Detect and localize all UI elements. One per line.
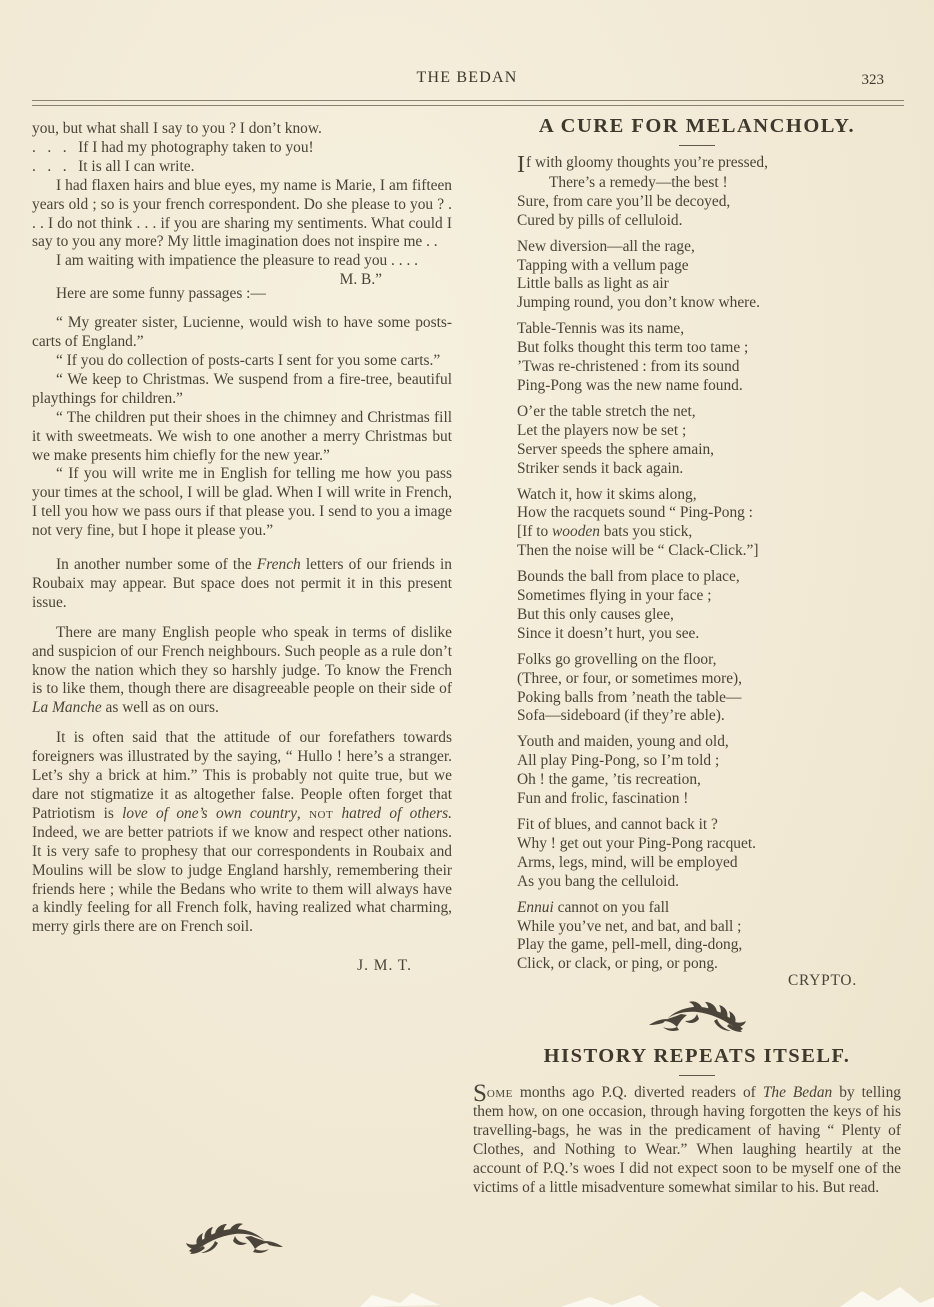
poem-line: Little balls as light as air — [517, 275, 897, 294]
page-edge-tear — [0, 1267, 934, 1307]
title-rule — [679, 1075, 715, 1076]
quote-list: “ My greater sister, Lucienne, would wis… — [32, 314, 452, 541]
poem-line: Since it doesn’t hurt, you see. — [517, 625, 897, 644]
text: cannot on you fall — [554, 899, 669, 916]
stanza: If with gloomy thoughts you’re pressed, … — [517, 154, 897, 231]
text: as well as on ours. — [102, 699, 219, 716]
paragraph-french-letters: In another number some of the French let… — [32, 556, 452, 613]
quote-item: “ If you will write me in English for te… — [32, 465, 452, 541]
running-header: THE BEDAN 323 — [0, 69, 934, 91]
text: , — [297, 805, 309, 822]
poem-line: Sometimes flying in your face ; — [517, 587, 897, 606]
poem-line: Ennui cannot on you fall — [517, 899, 897, 918]
poem-line: Jumping round, you don’t know where. — [517, 294, 897, 313]
poem-line: Folks go grovelling on the floor, — [517, 651, 897, 670]
italic-text: Ennui — [517, 899, 554, 916]
poem-line: (Three, or four, or sometimes more), — [517, 670, 897, 689]
stanza: Folks go grovelling on the floor, (Three… — [517, 651, 897, 727]
poem-line: How the racquets sound “ Ping-Pong : — [517, 504, 897, 523]
text: In another number some of the — [56, 556, 257, 573]
poem-line: Cured by pills of celluloid. — [517, 212, 897, 231]
italic-text: hatred of others. — [341, 805, 452, 822]
poem-line: Poking balls from ’neath the table— — [517, 689, 897, 708]
title-rule — [679, 145, 715, 146]
letter-paragraph: I had flaxen hairs and blue eyes, my nam… — [32, 177, 452, 253]
page-number: 323 — [862, 72, 885, 89]
poem-line: Play the game, pell-mell, ding-dong, — [517, 936, 897, 955]
italic-text: wooden — [552, 523, 600, 540]
history-title: HISTORY REPEATS ITSELF. — [497, 1047, 897, 1066]
poem-line: O’er the table stretch the net, — [517, 403, 897, 422]
poem-line: Let the players now be set ; — [517, 422, 897, 441]
magazine-page: THE BEDAN 323 you, but what shall I say … — [0, 0, 934, 1307]
quote-item: “ We keep to Christmas. We suspend from … — [32, 371, 452, 409]
poem-line: Sofa—sideboard (if they’re able). — [517, 707, 897, 726]
poem-line: Watch it, how it skims along, — [517, 486, 897, 505]
quote-item: “ My greater sister, Lucienne, would wis… — [32, 314, 452, 352]
letter-line: . . . It is all I can write. — [32, 158, 452, 177]
stanza: Fit of blues, and cannot back it ? Why !… — [517, 816, 897, 892]
leaf-fleuron-icon — [647, 999, 747, 1033]
poem-line: Oh ! the game, ’tis recreation, — [517, 771, 897, 790]
poem-line: There’s a remedy—the best ! — [517, 174, 897, 193]
paragraph-forefathers: It is often said that the attitude of ou… — [32, 729, 452, 937]
running-title: THE BEDAN — [0, 69, 934, 87]
text: f with gloomy thoughts you’re pressed, — [526, 154, 768, 171]
dropcap: I — [517, 152, 525, 178]
poem-line: While you’ve net, and bat, and ball ; — [517, 918, 897, 937]
stanza: Table-Tennis was its name, But folks tho… — [517, 320, 897, 396]
poem-line: As you bang the celluloid. — [517, 873, 897, 892]
poem-signature: CRYPTO. — [497, 972, 897, 991]
right-column: A CURE FOR MELANCHOLY. If with gloomy th… — [497, 117, 897, 1198]
quote-item: “ The children put their shoes in the ch… — [32, 409, 452, 466]
paragraph-english-people: There are many English people who speak … — [32, 624, 452, 719]
poem-line: Fun and frolic, fascination ! — [517, 790, 897, 809]
stanza: O’er the table stretch the net, Let the … — [517, 403, 897, 479]
poem-line: Then the noise will be “ Clack-Click.”] — [517, 542, 897, 561]
letter-line: you, but what shall I say to you ? I don… — [32, 120, 452, 139]
text: bats you stick, — [600, 523, 692, 540]
poem-body: If with gloomy thoughts you’re pressed, … — [497, 154, 897, 974]
poem-line: Tapping with a vellum page — [517, 257, 897, 276]
stanza: New diversion—all the rage, Tapping with… — [517, 238, 897, 314]
leaf-fleuron-icon — [185, 1221, 285, 1255]
poem-line: Striker sends it back again. — [517, 460, 897, 479]
article-signature: J. M. T. — [32, 957, 452, 976]
poem-line: ’Twas re-christened : from its sound — [517, 358, 897, 377]
italic-text: love of one’s own country — [122, 805, 297, 822]
stanza: Bounds the ball from place to place, Som… — [517, 568, 897, 644]
letter-line: . . . If I had my photography taken to y… — [32, 139, 452, 158]
poem-line: Why ! get out your Ping-Pong racquet. — [517, 835, 897, 854]
smallcaps-text: ome — [487, 1084, 513, 1101]
left-column: you, but what shall I say to you ? I don… — [32, 120, 452, 976]
poem-line: If with gloomy thoughts you’re pressed, — [517, 154, 897, 174]
text: Indeed, we are better patriots if we kno… — [32, 824, 452, 936]
poem-line: Bounds the ball from place to place, — [517, 568, 897, 587]
stanza: Watch it, how it skims along, How the ra… — [517, 486, 897, 562]
smallcaps-text: not — [309, 805, 333, 822]
poem-line: Table-Tennis was its name, — [517, 320, 897, 339]
poem-line: All play Ping-Pong, so I’m told ; — [517, 752, 897, 771]
poem-line: Ping-Pong was the new name found. — [517, 377, 897, 396]
poem-line: Sure, from care you’ll be decoyed, — [517, 193, 897, 212]
history-paragraph: Some months ago P.Q. diverted readers of… — [473, 1084, 901, 1198]
poem-line: Arms, legs, mind, will be employed — [517, 854, 897, 873]
text: There are many English people who speak … — [32, 624, 452, 698]
poem-line: Youth and maiden, young and old, — [517, 733, 897, 752]
stanza: Ennui cannot on you fall While you’ve ne… — [517, 899, 897, 975]
italic-text: French — [257, 556, 301, 573]
poem-line: Server speeds the sphere amain, — [517, 441, 897, 460]
poem-line: [If to wooden bats you stick, — [517, 523, 897, 542]
letter-closing-text: I am waiting with impatience the pleasur… — [56, 252, 418, 269]
italic-text: La Manche — [32, 699, 102, 716]
poem-line: But this only causes glee, — [517, 606, 897, 625]
text: [If to — [517, 523, 552, 540]
letter-paragraph: I am waiting with impatience the pleasur… — [32, 252, 452, 271]
stanza: Youth and maiden, young and old, All pla… — [517, 733, 897, 809]
text: months ago P.Q. diverted readers of — [513, 1084, 763, 1101]
poem-title: A CURE FOR MELANCHOLY. — [497, 117, 897, 136]
italic-text: The Bedan — [763, 1084, 832, 1101]
letter-signature: M. B.” — [316, 271, 452, 290]
header-double-rule — [32, 100, 904, 106]
poem-line: Fit of blues, and cannot back it ? — [517, 816, 897, 835]
poem-line: But folks thought this term too tame ; — [517, 339, 897, 358]
poem-line: New diversion—all the rage, — [517, 238, 897, 257]
quote-item: “ If you do collection of posts-carts I … — [32, 352, 452, 371]
